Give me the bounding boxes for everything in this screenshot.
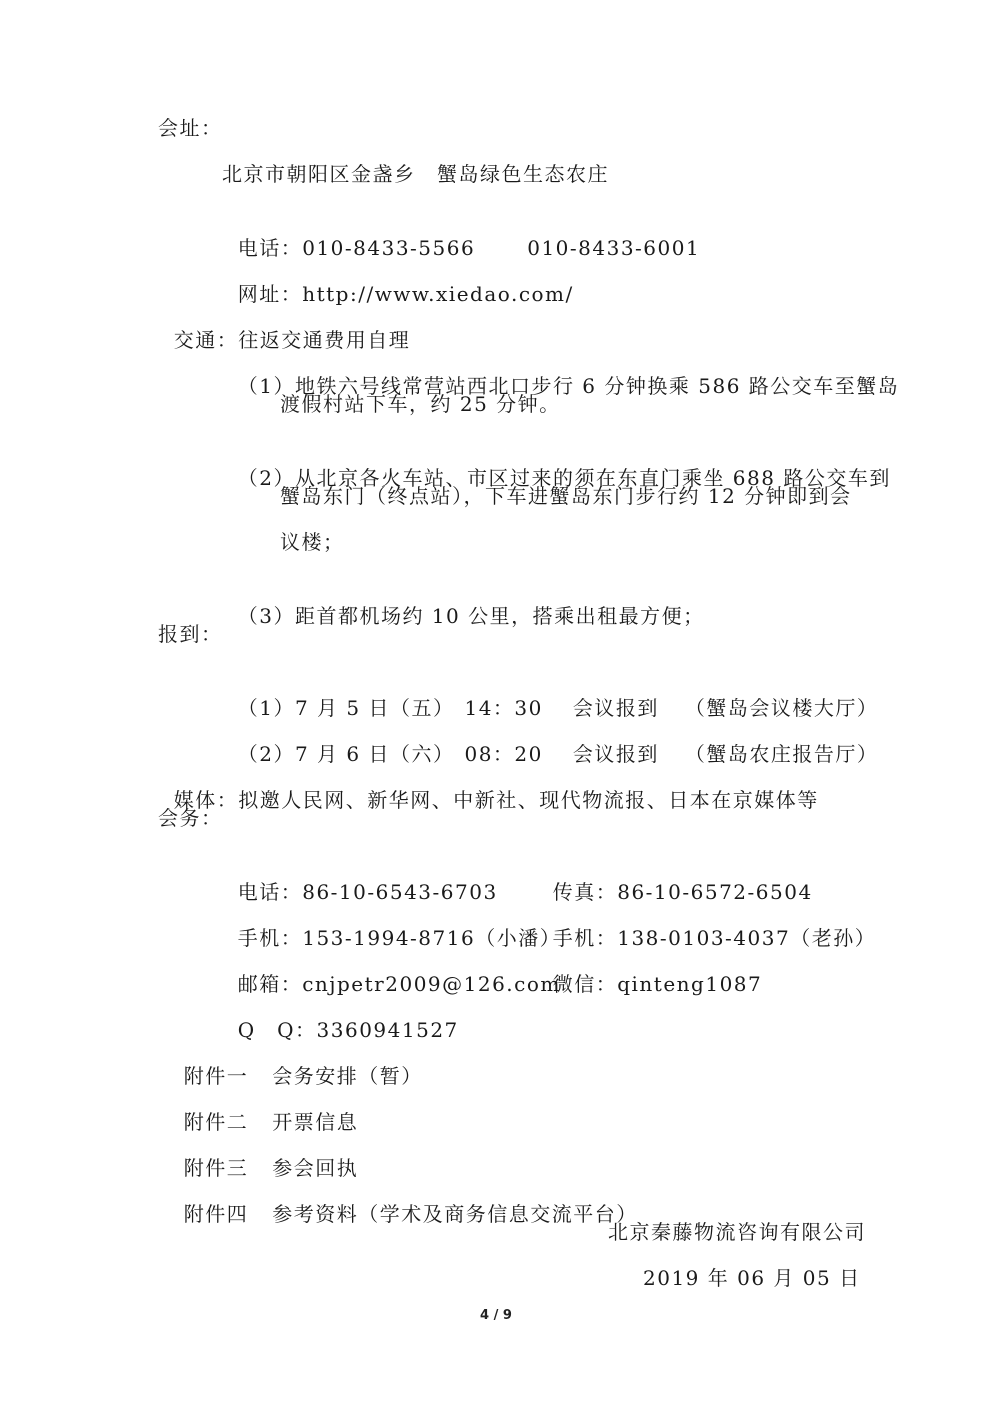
signature-company: 北京秦藤物流咨询有限公司 [608,1218,866,1246]
attachment-title: 参考资料（学术及商务信息交流平台） [272,1202,638,1226]
transport-item-2-cont: 议楼； [280,528,345,556]
transport-item-num: （3） [238,604,295,628]
affairs-wechat: qinteng1087 [617,972,762,996]
signature-date: 2019 年 06 月 05 日 [643,1264,861,1292]
attachment-item: 附件四参考资料（学术及商务信息交流平台） [168,1172,638,1228]
media-line: 媒体：拟邀人民网、新华网、中新社、现代物流报、日本在京媒体等 [158,758,819,814]
affairs-wechat-label: 微信： [553,972,618,996]
transport-item-1-cont: 渡假村站下车，约 25 分钟。 [280,390,561,418]
venue-heading: 会址： [158,114,223,142]
registration-heading: 报到： [158,620,223,648]
venue-address: 北京市朝阳区金盏乡 蟹岛绿色生态农庄 [222,160,609,188]
affairs-wechat-line: 微信：qinteng1087 [537,942,762,998]
attachment-label: 附件四 [184,1202,249,1226]
transport-item-3: （3）距首都机场约 10 公里，搭乘出租最方便； [222,574,705,630]
page-indicator: 4 / 9 [0,1308,992,1323]
media-text: 拟邀人民网、新华网、中新社、现代物流报、日本在京媒体等 [238,788,819,812]
transport-item-2-cont: 蟹岛东门（终点站），下车进蟹岛东门步行约 12 分钟即到会 [280,482,852,510]
transport-item-text: 距首都机场约 10 公里，搭乘出租最方便； [295,604,705,628]
affairs-heading: 会务： [158,804,223,832]
